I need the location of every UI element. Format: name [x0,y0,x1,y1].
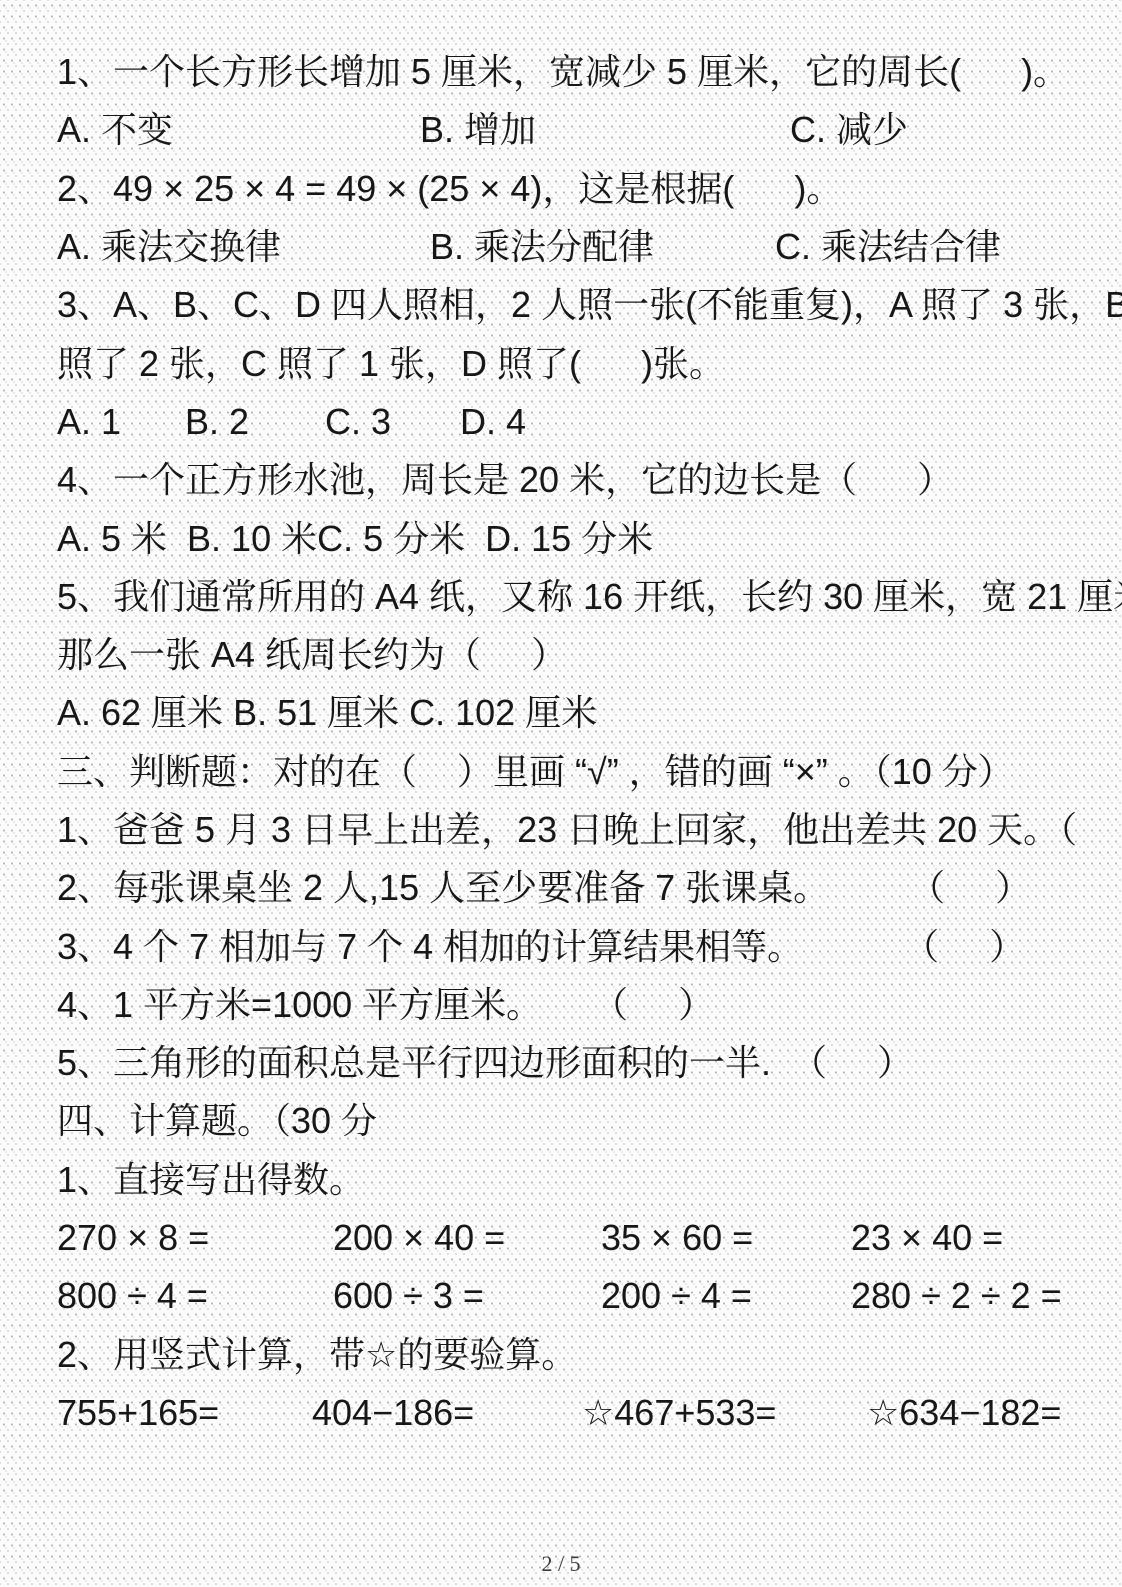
q1-option-c: C. 减少 [790,112,1086,148]
question-5-options: A. 62 厘米 B. 51 厘米 C. 102 厘米 [57,684,1086,742]
vertical-calc-header: 2、用竖式计算，带☆的要验算。 [57,1326,1086,1384]
question-3-text-line1: 3、A、B、C、D 四人照相，2 人照一张(不能重复)，A 照了 3 张，B [57,276,1086,334]
q2-option-a: A. 乘法交换律 [57,229,430,265]
vertical-calc-row: 755+165= 404−186= ☆467+533= ☆634−182= [57,1384,1086,1442]
q3-option-a: A. 1 [57,404,185,440]
q3-option-b: B. 2 [185,404,325,440]
question-5-text-line2: 那么一张 A4 纸周长约为（ ） [57,626,1086,684]
judge-item-5: 5、三角形的面积总是平行四边形面积的一半. （ ） [57,1034,1086,1092]
judge-item-4: 4、1 平方米=1000 平方厘米。 （ ） [57,976,1086,1034]
question-2-options: A. 乘法交换律 B. 乘法分配律 C. 乘法结合律 [57,218,1086,276]
question-3-text-line2: 照了 2 张，C 照了 1 张，D 照了( )张。 [57,334,1086,392]
oral-calc-header: 1、直接写出得数。 [57,1151,1086,1209]
q2-option-b: B. 乘法分配律 [430,229,775,265]
judge-item-1: 1、爸爸 5 月 3 日早上出差，23 日晚上回家，他出差共 20 天。（ ） [57,801,1086,859]
calc-section-header: 四、计算题。（30 分 [57,1092,1086,1150]
vertical-expression: 755+165= [57,1395,312,1431]
question-3-options: A. 1 B. 2 C. 3 D. 4 [57,393,1086,451]
question-4-options: A. 5 米 B. 10 米C. 5 分米 D. 15 分米 [57,509,1086,567]
oral-expression: 280 ÷ 2 ÷ 2 = [851,1278,1086,1314]
page-number: 2 / 5 [0,1551,1122,1577]
oral-calc-row-1: 270 × 8 = 200 × 40 = 35 × 60 = 23 × 40 = [57,1209,1086,1267]
question-2-text: 2、49 × 25 × 4 = 49 × (25 × 4)，这是根据( )。 [57,160,1086,218]
question-5-text-line1: 5、我们通常所用的 A4 纸，又称 16 开纸，长约 30 厘米，宽 21 厘米… [57,568,1086,626]
oral-expression: 200 × 40 = [333,1220,601,1256]
oral-expression: 600 ÷ 3 = [333,1278,601,1314]
oral-expression: 200 ÷ 4 = [601,1278,851,1314]
judge-item-3: 3、4 个 7 相加与 7 个 4 相加的计算结果相等。 （ ） [57,917,1086,975]
oral-expression: 270 × 8 = [57,1220,333,1256]
question-1-options: A. 不变 B. 增加 C. 减少 [57,101,1086,159]
q3-option-d: D. 4 [460,404,1086,440]
vertical-expression: ☆634−182= [867,1395,1086,1431]
q1-option-a: A. 不变 [57,112,420,148]
worksheet-page: 1、一个长方形长增加 5 厘米，宽减少 5 厘米，它的周长( )。 A. 不变 … [0,0,1122,1442]
oral-expression: 800 ÷ 4 = [57,1278,333,1314]
question-1-text: 1、一个长方形长增加 5 厘米，宽减少 5 厘米，它的周长( )。 [57,43,1086,101]
oral-expression: 35 × 60 = [601,1220,851,1256]
oral-calc-row-2: 800 ÷ 4 = 600 ÷ 3 = 200 ÷ 4 = 280 ÷ 2 ÷ … [57,1267,1086,1325]
vertical-expression: ☆467+533= [582,1395,867,1431]
vertical-expression: 404−186= [312,1395,582,1431]
judge-section-header: 三、判断题：对的在（ ）里画 “√” ，错的画 “×” 。（10 分） [57,743,1086,801]
q3-option-c: C. 3 [325,404,460,440]
q1-option-b: B. 增加 [420,112,790,148]
oral-expression: 23 × 40 = [851,1220,1086,1256]
judge-item-2: 2、每张课桌坐 2 人,15 人至少要准备 7 张课桌。 （ ） [57,859,1086,917]
q2-option-c: C. 乘法结合律 [775,229,1086,265]
question-4-text: 4、一个正方形水池，周长是 20 米，它的边长是（ ） [57,451,1086,509]
